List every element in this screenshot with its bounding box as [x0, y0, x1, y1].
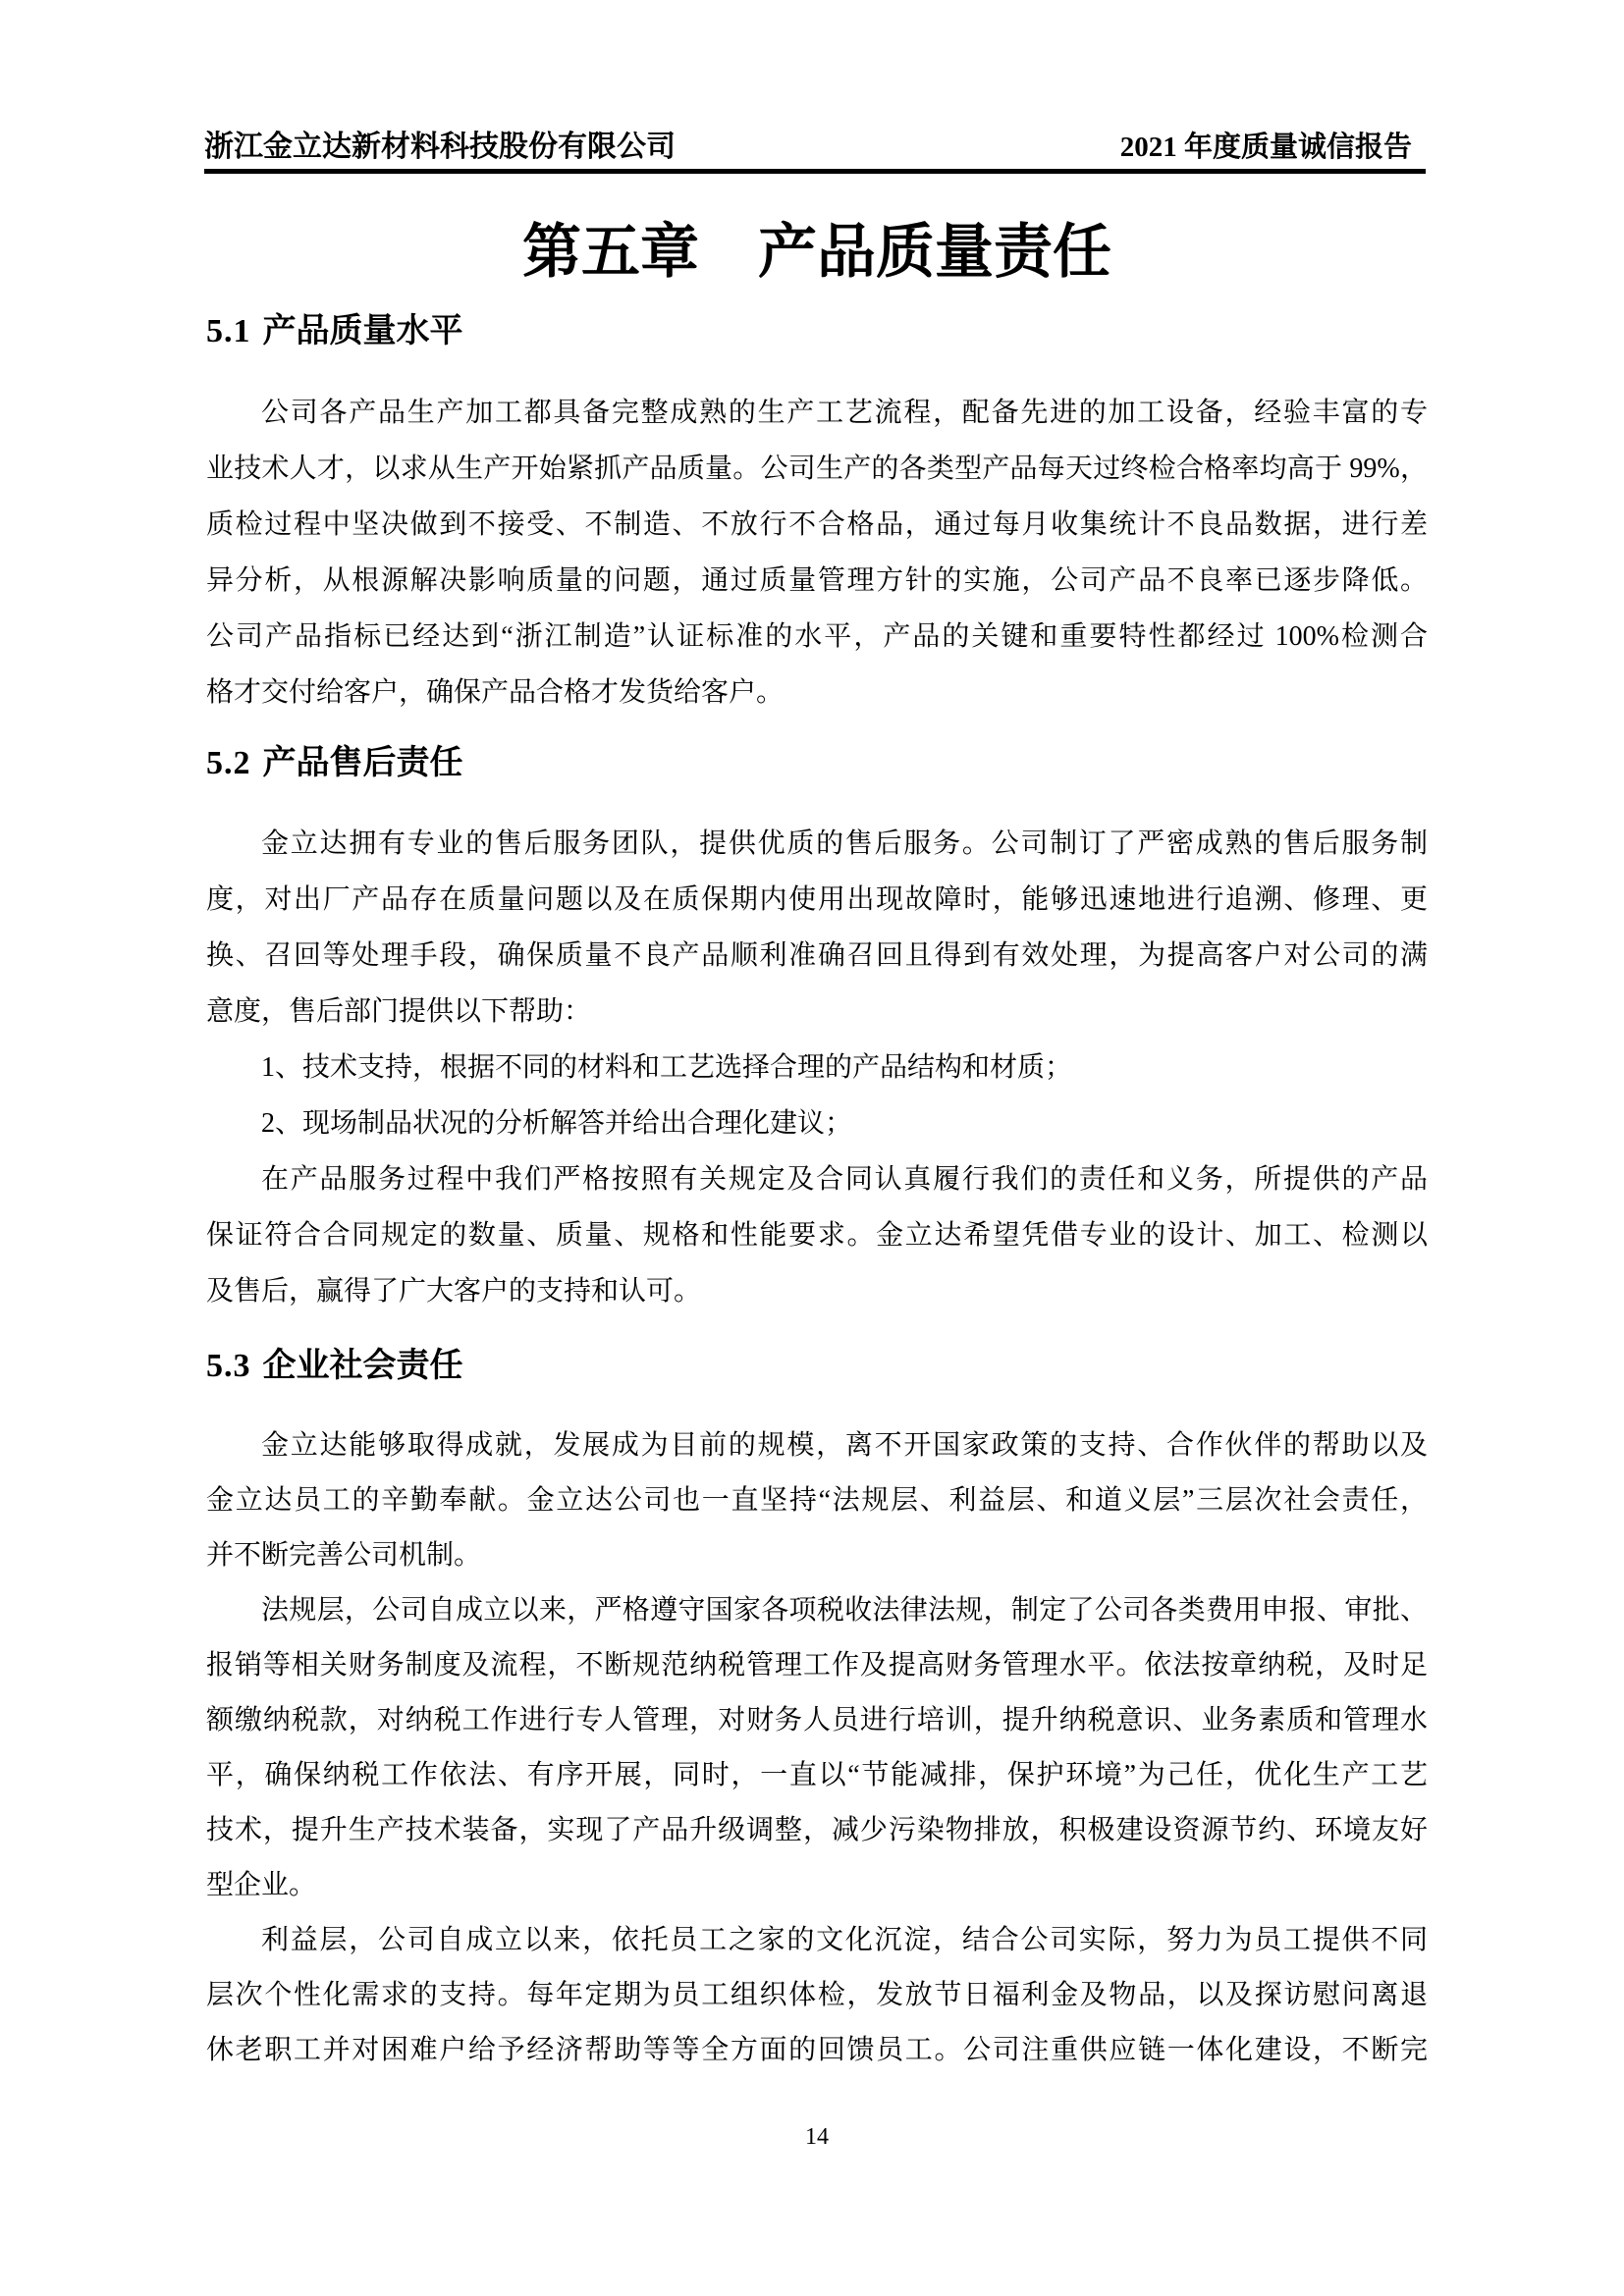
document-page: 浙江金立达新材料科技股份有限公司 2021 年度质量诚信报告 第五章 产品质量责… [0, 0, 1624, 2296]
body-line: 利益层，公司自成立以来，依托员工之家的文化沉淀，结合公司实际，努力为员工提供不同 [206, 1913, 1428, 1968]
body-line: 格才交付给客户，确保产品合格才发货给客户。 [206, 665, 1428, 721]
section-number: 5.2 [206, 745, 251, 781]
body-line: 法规层，公司自成立以来，严格遵守国家各项税收法律法规，制定了公司各类费用申报、审… [206, 1583, 1428, 1638]
section-heading-label: 产品售后责任 [263, 745, 463, 781]
section-number: 5.3 [206, 1348, 251, 1384]
body-line: 2、现场制品状况的分析解答并给出合理化建议； [206, 1095, 1428, 1151]
body-line: 度，对出厂产品存在质量问题以及在质保期内使用出现故障时，能够迅速地进行追溯、修理… [206, 872, 1428, 928]
body-line: 保证符合合同规定的数量、质量、规格和性能要求。金立达希望凭借专业的设计、加工、检… [206, 1207, 1428, 1263]
body-line: 并不断完善公司机制。 [206, 1528, 1428, 1583]
body-line: 异分析，从根源解决影响质量的问题，通过质量管理方针的实施，公司产品不良率已逐步降… [206, 553, 1428, 609]
body-line: 及售后，赢得了广大客户的支持和认可。 [206, 1263, 1428, 1319]
body-line: 平，确保纳税工作依法、有序开展，同时，一直以“节能减排，保护环境”为己任，优化生… [206, 1748, 1428, 1803]
page-number: 14 [206, 2120, 1428, 2154]
section-5-1-body: 公司各产品生产加工都具备完整成熟的生产工艺流程，配备先进的加工设备，经验丰富的专… [206, 385, 1428, 721]
section-heading-5-2: 5.2产品售后责任 [206, 744, 1428, 783]
body-line: 金立达能够取得成就，发展成为目前的规模，离不开国家政策的支持、合作伙伴的帮助以及 [206, 1418, 1428, 1473]
body-line: 额缴纳税款，对纳税工作进行专人管理，对财务人员进行培训，提升纳税意识、业务素质和… [206, 1693, 1428, 1748]
page-header: 浙江金立达新材料科技股份有限公司 2021 年度质量诚信报告 [204, 131, 1426, 174]
body-line: 业技术人才，以求从生产开始紧抓产品质量。公司生产的各类型产品每天过终检合格率均高… [206, 441, 1428, 497]
body-line: 休老职工并对困难户给予经济帮助等等全方面的回馈员工。公司注重供应链一体化建设，不… [206, 2023, 1428, 2078]
body-line: 层次个性化需求的支持。每年定期为员工组织体检，发放节日福利金及物品，以及探访慰问… [206, 1968, 1428, 2023]
header-report-title: 2021 年度质量诚信报告 [1120, 131, 1426, 164]
section-heading-5-3: 5.3企业社会责任 [206, 1347, 1428, 1386]
body-line: 在产品服务过程中我们严格按照有关规定及合同认真履行我们的责任和义务，所提供的产品 [206, 1151, 1428, 1207]
body-line: 公司产品指标已经达到“浙江制造”认证标准的水平，产品的关键和重要特性都经过 10… [206, 609, 1428, 665]
body-line: 公司各产品生产加工都具备完整成熟的生产工艺流程，配备先进的加工设备，经验丰富的专 [206, 385, 1428, 441]
body-line: 意度，售后部门提供以下帮助： [206, 984, 1428, 1040]
section-heading-5-1: 5.1产品质量水平 [206, 312, 1428, 351]
body-line: 质检过程中坚决做到不接受、不制造、不放行不合格品，通过每月收集统计不良品数据，进… [206, 497, 1428, 553]
section-5-3-body: 金立达能够取得成就，发展成为目前的规模，离不开国家政策的支持、合作伙伴的帮助以及… [206, 1418, 1428, 2078]
section-5-2-body: 金立达拥有专业的售后服务团队，提供优质的售后服务。公司制订了严密成熟的售后服务制… [206, 816, 1428, 1319]
chapter-title: 第五章 产品质量责任 [206, 217, 1428, 288]
body-line: 型企业。 [206, 1858, 1428, 1913]
section-number: 5.1 [206, 313, 251, 349]
body-line: 金立达拥有专业的售后服务团队，提供优质的售后服务。公司制订了严密成熟的售后服务制 [206, 816, 1428, 872]
body-line: 1、技术支持，根据不同的材料和工艺选择合理的产品结构和材质； [206, 1040, 1428, 1095]
body-line: 换、召回等处理手段，确保质量不良产品顺利准确召回且得到有效处理，为提高客户对公司… [206, 928, 1428, 984]
body-line: 金立达员工的辛勤奉献。金立达公司也一直坚持“法规层、利益层、和道义层”三层次社会… [206, 1473, 1428, 1528]
body-line: 技术，提升生产技术装备，实现了产品升级调整，减少污染物排放，积极建设资源节约、环… [206, 1803, 1428, 1858]
header-company-name: 浙江金立达新材料科技股份有限公司 [204, 131, 676, 164]
section-heading-label: 产品质量水平 [263, 313, 463, 349]
body-line: 报销等相关财务制度及流程，不断规范纳税管理工作及提高财务管理水平。依法按章纳税，… [206, 1638, 1428, 1693]
section-heading-label: 企业社会责任 [263, 1348, 463, 1384]
